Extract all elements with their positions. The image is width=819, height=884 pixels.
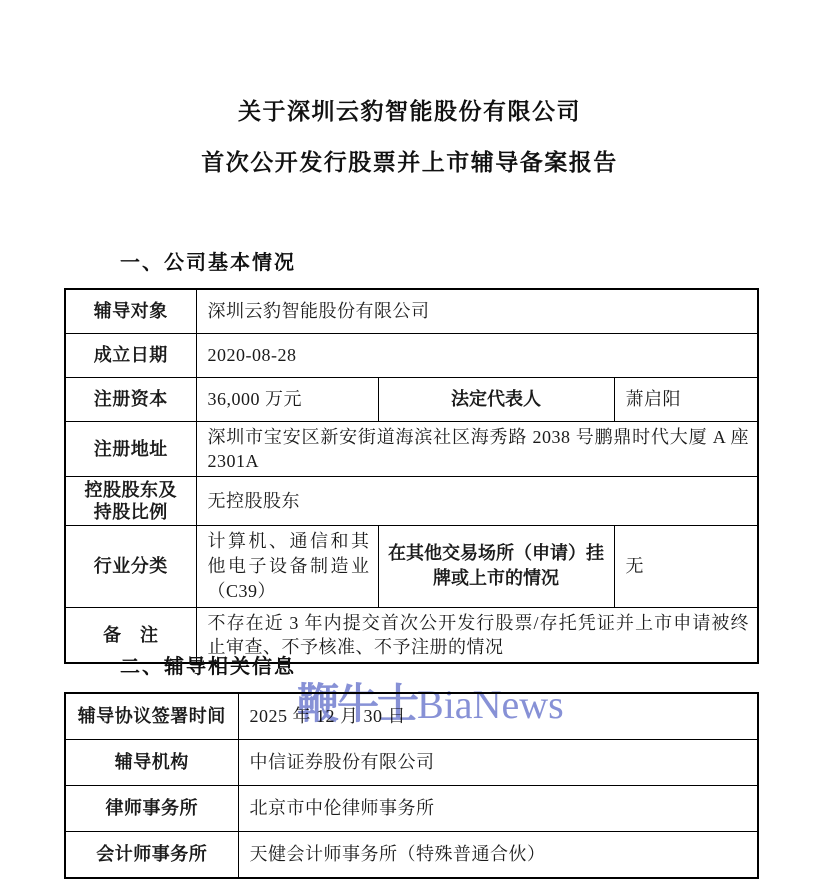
row-label-accounting-firm: 会计师事务所 [65,831,238,878]
row-value-controlling-shareholder: 无控股股东 [196,476,758,525]
row-label-guidance-institution: 辅导机构 [65,739,238,785]
guidance-info-table: 辅导协议签署时间 2025 年 12 月 30 日 辅导机构 中信证券股份有限公… [64,692,759,879]
row-value-registered-address: 深圳市宝安区新安街道海滨社区海秀路 2038 号鹏鼎时代大厦 A 座 2301A [196,421,758,476]
row-value-guidance-target: 深圳云豹智能股份有限公司 [196,289,758,333]
row-label-founding-date: 成立日期 [65,333,196,377]
document-page: 关于深圳云豹智能股份有限公司 首次公开发行股票并上市辅导备案报告 一、公司基本情… [0,0,819,884]
row-label-registered-address: 注册地址 [65,421,196,476]
company-info-table: 辅导对象 深圳云豹智能股份有限公司 成立日期 2020-08-28 注册资本 3… [64,288,759,664]
table-row: 会计师事务所 天健会计师事务所（特殊普通合伙） [65,831,758,878]
table-row: 成立日期 2020-08-28 [65,333,758,377]
row-label-law-firm: 律师事务所 [65,785,238,831]
row-label-controlling-shareholder: 控股股东及持股比例 [65,476,196,525]
row-label-legal-representative: 法定代表人 [378,377,614,421]
row-value-guidance-institution: 中信证券股份有限公司 [238,739,758,785]
doc-title-line1: 关于深圳云豹智能股份有限公司 [0,93,819,126]
row-value-founding-date: 2020-08-28 [196,333,758,377]
table-row: 注册地址 深圳市宝安区新安街道海滨社区海秀路 2038 号鹏鼎时代大厦 A 座 … [65,421,758,476]
table-row: 辅导机构 中信证券股份有限公司 [65,739,758,785]
table-row: 律师事务所 北京市中伦律师事务所 [65,785,758,831]
row-label-registered-capital: 注册资本 [65,377,196,421]
table-row: 控股股东及持股比例 无控股股东 [65,476,758,525]
row-value-industry-classification: 计算机、通信和其他电子设备制造业（C39） [196,525,378,607]
section-2-heading: 二、辅导相关信息 [120,650,296,679]
row-value-law-firm: 北京市中伦律师事务所 [238,785,758,831]
row-label-other-listing-status: 在其他交易场所（申请）挂牌或上市的情况 [378,525,614,607]
row-value-accounting-firm: 天健会计师事务所（特殊普通合伙） [238,831,758,878]
table-row: 辅导对象 深圳云豹智能股份有限公司 [65,289,758,333]
row-value-other-listing-status: 无 [614,525,758,607]
table-row: 行业分类 计算机、通信和其他电子设备制造业（C39） 在其他交易场所（申请）挂牌… [65,525,758,607]
row-label-agreement-signing-date: 辅导协议签署时间 [65,693,238,739]
row-label-industry-classification: 行业分类 [65,525,196,607]
table-row: 注册资本 36,000 万元 法定代表人 萧启阳 [65,377,758,421]
row-value-agreement-signing-date: 2025 年 12 月 30 日 [238,693,758,739]
row-label-guidance-target: 辅导对象 [65,289,196,333]
section-1-heading: 一、公司基本情况 [120,246,296,275]
row-value-legal-representative: 萧启阳 [614,377,758,421]
row-value-registered-capital: 36,000 万元 [196,377,378,421]
doc-title-line2: 首次公开发行股票并上市辅导备案报告 [0,144,819,177]
table-row: 辅导协议签署时间 2025 年 12 月 30 日 [65,693,758,739]
